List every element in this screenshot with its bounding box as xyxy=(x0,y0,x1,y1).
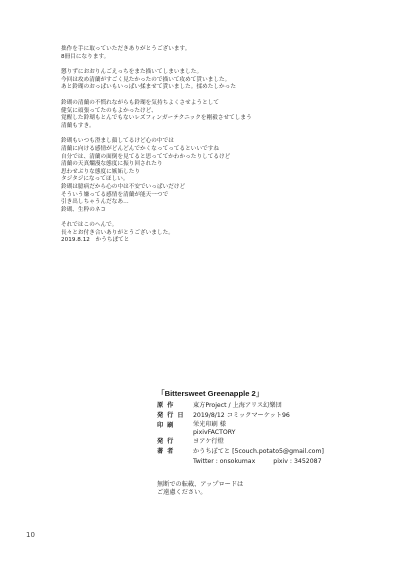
notice-line: ご遠慮ください。 xyxy=(157,489,397,497)
text-line: 鈴瑚もいつも澄まし顔してるけど心の中では xyxy=(61,138,301,146)
printer-2: pixivFACTORY xyxy=(193,429,235,437)
row-label: 発行 xyxy=(157,437,193,447)
row-value: 東方Project / 上海アリス幻樂団 xyxy=(193,401,282,411)
text-line: 拙作を手に取っていただきありがとうございます。 xyxy=(61,46,301,54)
text-line: タジタジになってほしい。 xyxy=(61,176,301,184)
colophon-row-date: 発行日 2019/8/12 コミックマーケット96 xyxy=(157,411,397,421)
row-value: 2019/8/12 コミックマーケット96 xyxy=(193,411,290,421)
copyright-notice: 無断での転載、アップロードは ご遠慮ください。 xyxy=(157,481,397,497)
text-line: 自分では、清蘭の面倒を見てると思っててかわかったりしてるけど xyxy=(61,154,301,162)
row-label: 著者 xyxy=(157,447,193,457)
twitter-handle: Twitter : onsokumax xyxy=(193,458,255,465)
text-line: 鈴瑚は臆病だから心の中は不安でいっぱいだけど xyxy=(61,184,301,192)
social-handles: Twitter : onsokumaxpixiv : 3452087 xyxy=(157,457,397,467)
text-line: 懲りずにおおりんごえっちをまた描いてしまいました。 xyxy=(61,69,301,77)
notice-line: 無断での転載、アップロードは xyxy=(157,481,397,489)
pixiv-id: pixiv : 3452087 xyxy=(273,458,321,465)
row-value: かうちぽてと [5couch.potato5@gmail.com] xyxy=(193,447,324,457)
signature-date: 2019.8.12 かうちぽてと xyxy=(61,237,301,245)
page-number: 10 xyxy=(26,531,35,539)
colophon-row-printer: 印刷 栄光印刷 様 pixivFACTORY xyxy=(157,421,397,437)
row-value: 栄光印刷 様 pixivFACTORY xyxy=(193,421,235,437)
text-line: 鈴瑚、生粋のネコ xyxy=(61,207,301,215)
row-value: ヨアケ行燈 xyxy=(193,437,224,447)
colophon: 「Bittersweet Greenapple 2」 原作 東方Project … xyxy=(157,388,397,497)
text-line: 覚醒した鈴瑚もとんでもないレズフィンガーテクニックを剛毅させてしまう xyxy=(61,115,301,123)
text-line: 清蘭に向ける感情がどんどんでかくなってってるといいですね xyxy=(61,146,301,154)
afterword-paragraph-5: それではこのへんで。 長々とお付き合いありがとうございました。 2019.8.1… xyxy=(61,222,301,245)
text-line: 8冊目になります。 xyxy=(61,54,301,62)
text-line: あと鈴瑚のおっぱいもいっぱい揉ませて貰いました。揉めたしかった xyxy=(61,84,301,92)
text-line: それではこのへんで。 xyxy=(61,222,301,230)
afterword-paragraph-1: 拙作を手に取っていただきありがとうございます。 8冊目になります。 xyxy=(61,46,301,61)
printer-1: 栄光印刷 様 xyxy=(193,421,235,429)
colophon-row-publisher: 発行 ヨアケ行燈 xyxy=(157,437,397,447)
afterword-paragraph-3: 鈴瑚の清蘭の不慣れながらも鈴瑚を気持ちよくさせようとして 健気に頑張ってたのもよ… xyxy=(61,100,301,130)
colophon-row-original: 原作 東方Project / 上海アリス幻樂団 xyxy=(157,401,397,411)
row-label: 原作 xyxy=(157,401,193,411)
text-line: 清蘭の天真爛漫な態度に振り回されたり xyxy=(61,161,301,169)
afterword-text: 拙作を手に取っていただきありがとうございます。 8冊目になります。 懲りずにおお… xyxy=(61,46,301,253)
text-line: 清蘭もすき。 xyxy=(61,123,301,131)
book-title: 「Bittersweet Greenapple 2」 xyxy=(157,388,397,399)
text-line: 引き出しちゃうんだなあ… xyxy=(61,199,301,207)
text-line: そういう嫌ってる感情を清蘭が能天一つで xyxy=(61,192,301,200)
colophon-row-author: 著者 かうちぽてと [5couch.potato5@gmail.com] xyxy=(157,447,397,457)
afterword-paragraph-2: 懲りずにおおりんごえっちをまた描いてしまいました。 今回は攻め清蘭がすごく見たか… xyxy=(61,69,301,92)
text-line: 鈴瑚の清蘭の不慣れながらも鈴瑚を気持ちよくさせようとして xyxy=(61,100,301,108)
afterword-paragraph-4: 鈴瑚もいつも澄まし顔してるけど心の中では 清蘭に向ける感情がどんどんでかくなって… xyxy=(61,138,301,214)
row-label: 発行日 xyxy=(157,411,193,421)
row-label: 印刷 xyxy=(157,421,193,437)
